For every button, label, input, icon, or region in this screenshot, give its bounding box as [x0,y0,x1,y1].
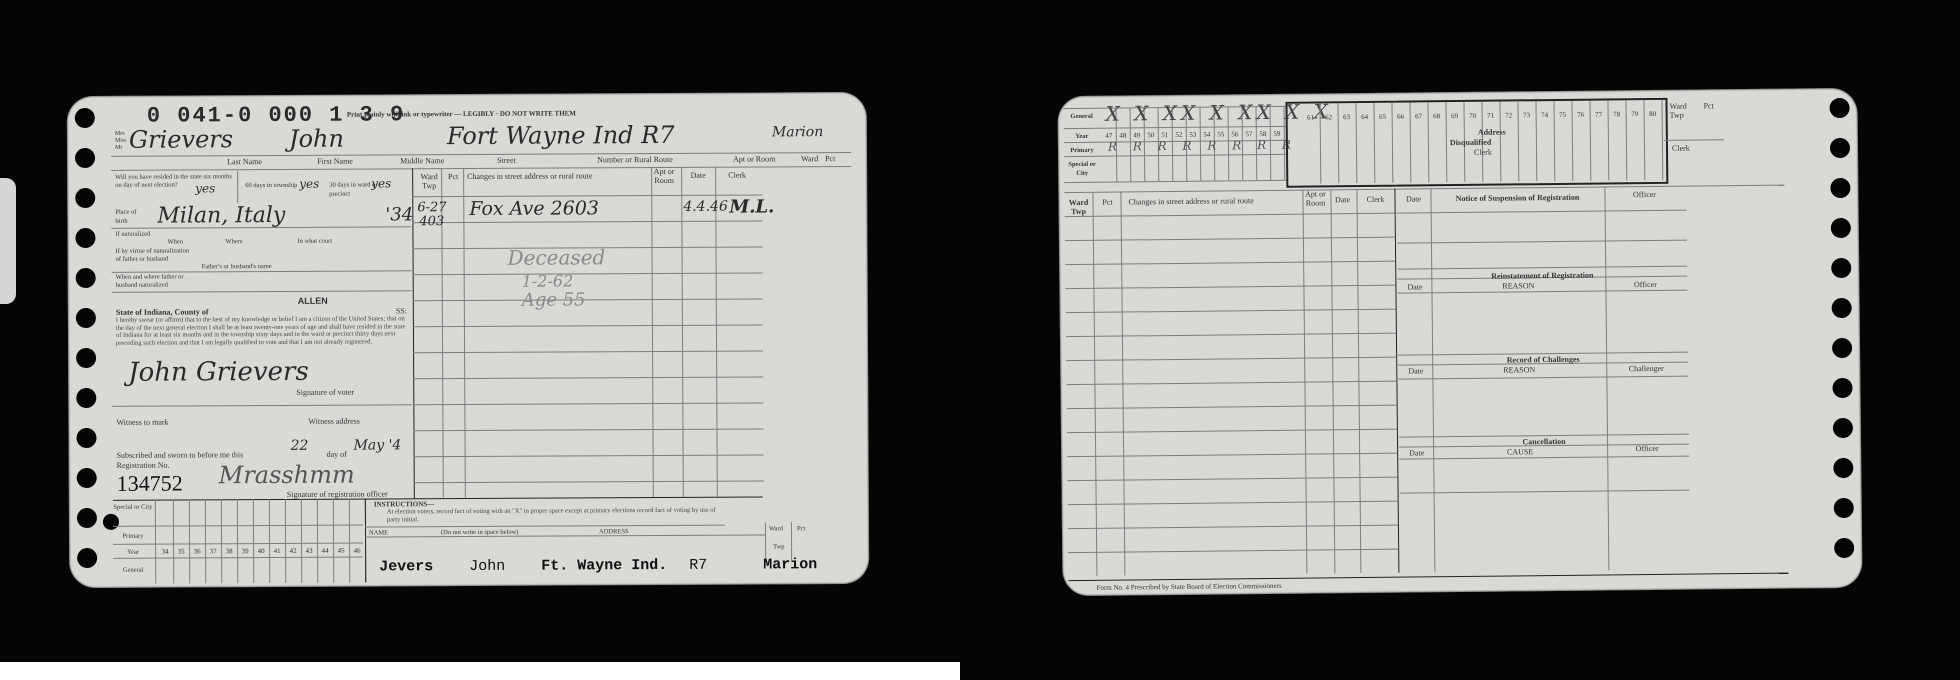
year-cell: 72 [1500,111,1518,119]
row-line [1397,240,1687,244]
year-cell: 63 [1338,113,1356,121]
row-line [1067,429,1397,433]
birth-year-value: '34 [385,204,413,225]
year-cell: 78 [1608,110,1626,118]
day-value: 22 [291,438,309,454]
birthplace-value: Milan, Italy [157,203,285,229]
row-line [1065,285,1395,289]
grid-line [1064,126,1286,129]
grid-label-clerk: Clerk [1474,148,1492,157]
voter-signature: John Grievers [128,357,309,388]
naturalized-court-label: In what court [297,237,332,246]
year-cells: 6162636465666768697071727374757677787980 [1057,88,1857,96]
deceased-note: Deceased [508,245,606,270]
month-value: May [354,437,385,453]
title-prefix-mr: Mr [115,144,122,153]
challenges-challenger-header: Challenger [1608,364,1684,374]
year-cell: 43 [301,547,317,555]
year-cell: 75 [1554,111,1572,119]
row-line [1065,237,1395,241]
registrar-signature: Mrasshmm [219,461,355,490]
row-line [1068,501,1398,505]
grid-label-address: Address [1478,128,1506,137]
naturalized-when-label: When [167,237,183,246]
divider [463,168,466,498]
witness-address-label: Witness address [308,417,359,426]
punch-hole [75,108,95,128]
row-line [1066,357,1396,361]
year-cell: 61 [1302,113,1320,121]
change-pct-value: 403 [419,214,444,229]
year-cell: 80 [1644,110,1662,118]
year-value: '4 [389,437,402,453]
pct-label: Pct [825,154,835,163]
challenges-reason-header: REASON [1434,364,1604,375]
grid-label-general: General [113,566,153,575]
instr-ward-label: Ward [769,524,783,533]
back-header-clerk: Clerk [1358,195,1392,204]
year-cell: 58 [1256,130,1270,138]
grid-label-year: Year [113,548,153,557]
year-cell: 39 [237,547,253,555]
year-cell: 40 [253,547,269,555]
row-line [412,220,762,223]
change-date-value: 4.4.46 [683,199,728,215]
back-grid-label-special: Special or City [1064,160,1100,178]
registration-no-label: Registration No. [117,461,170,470]
year-cell: 46 [349,547,365,555]
grid-label-primary: Primary [113,532,153,541]
cancellation-officer-header: Officer [1609,444,1685,454]
naturalized-label: If naturalized [115,230,150,239]
cancellation-cause-header: CAUSE [1435,446,1605,457]
row-lines [1057,88,1857,96]
naturalized-where-label: Where [225,237,242,246]
residence-township-label: 60 days in township [245,181,297,190]
year-cell: 55 [1214,130,1228,138]
year-cell: 71 [1482,112,1500,120]
divider [113,496,763,500]
blank-strip [0,662,960,680]
typed-last-name: Jevers [379,558,433,575]
birthplace-label: Place of birth [115,208,145,226]
row-line [413,298,763,301]
row-line [1066,381,1396,385]
ward-label: Ward [801,154,818,163]
punch-hole [1833,458,1853,478]
year-cells: 47484950515253545556575859 [1057,88,1857,96]
grid-line [333,499,334,583]
punch-hole [1831,218,1851,238]
residence-state-value: yes [195,181,215,195]
row-line [1397,210,1687,214]
first-name-label: First Name [317,157,353,166]
registration-card-front: 0 041-0 000 1 3 9 Print plainly with ink… [67,92,870,588]
residence-township-value: yes [299,177,319,191]
year-cell: 64 [1356,113,1374,121]
father-naturalized-label: When and where father or husband natural… [116,273,206,288]
instructions-text: At election voters, record fact of votin… [387,507,717,524]
divider [365,499,366,583]
punch-hole [76,308,96,328]
punch-hole [75,188,95,208]
year-cell: 65 [1374,113,1392,121]
year-cell: 76 [1572,111,1590,119]
suspension-date-header: Date [1396,194,1430,203]
residence-state-label: Will you have resided in the state six m… [115,173,233,189]
grid-line [269,499,270,583]
state-county-label: State of Indiana, County of [116,307,209,316]
grid-line [155,500,156,584]
punch-hole [76,388,96,408]
divider [681,167,684,497]
number-label: Number or Rural Route [597,155,673,164]
year-cell: 50 [1144,131,1158,139]
punch-hole [1830,138,1850,158]
year-cell: 34 [157,548,173,556]
changes-header-ward: Ward Twp [417,172,441,190]
year-cell: 74 [1536,111,1554,119]
grid-line [237,499,238,583]
row-line [414,480,764,483]
back-header-ward: Ward Twp [1064,198,1092,216]
year-cell: 41 [269,547,285,555]
last-name-value: Grievers [129,125,233,154]
row-line [1065,261,1395,265]
adjacent-card-edge [0,178,16,304]
primary-marks: R R R R R R R R [1108,138,1297,154]
divider [111,226,411,229]
back-grid-label-general: General [1064,112,1100,121]
divider [112,270,412,273]
deceased-date-note: 1-2-62 [522,271,574,290]
row-line [413,376,763,379]
row-line [1066,333,1396,337]
row-line [1067,453,1397,457]
grid-line [221,499,222,583]
changes-header-address: Changes in street address or rural route [467,171,592,181]
row-line [1067,405,1397,409]
reinstatement-date-header: Date [1407,282,1422,291]
divider [715,167,718,497]
corner-clerk-label: Clerk [1672,144,1690,153]
cancellation-date-header: Date [1409,448,1424,457]
form-footer: Form No. 4 Prescribed by State Board of … [1097,582,1282,593]
voter-signature-label: Signature of voter [296,388,354,397]
punch-hole [1834,538,1854,558]
registration-card-back: General Year Primary Special or City 474… [1057,88,1862,596]
year-cell: 38 [221,547,237,555]
ss-label: SS: [396,306,407,315]
reinstatement-reason-header: REASON [1433,280,1603,291]
divider [112,404,412,407]
year-cell: 73 [1518,111,1536,119]
year-cell: 35 [173,547,189,555]
instr-pct-label: Pct [797,524,805,533]
punch-hole [1830,178,1850,198]
divider [365,534,765,537]
back-grid-label-year: Year [1064,132,1100,141]
corner-pct-label: Pct [1703,101,1713,110]
grid-line [189,499,190,583]
row-line [1397,266,1687,270]
year-cell: 54 [1200,131,1214,139]
typed-route: R7 [689,557,707,574]
punch-hole [76,268,96,288]
by-virtue-label: If by virtue of naturalization of father… [116,247,196,262]
back-grid-label-primary: Primary [1064,146,1100,155]
suspension-title: Notice of Suspension of Registration [1432,193,1602,204]
punch-hole [103,514,119,530]
punch-hole [77,468,97,488]
street-value: Fort Wayne Ind R7 [447,121,675,150]
divider [412,168,415,498]
grid-line [285,499,286,583]
grid-line [205,499,206,583]
year-cell: 36 [189,547,205,555]
year-cell: 66 [1392,113,1410,121]
punch-hole [75,228,95,248]
divider [1430,188,1435,572]
year-cell: 42 [285,547,301,555]
year-cell: 77 [1590,110,1608,118]
punch-hole [1833,418,1853,438]
year-cell: 37 [205,547,221,555]
back-header-date: Date [1330,195,1354,204]
row-line [1068,549,1398,553]
divider [112,290,412,293]
year-cell: 48 [1116,131,1130,139]
year-cell: 68 [1428,112,1446,120]
punch-hole [75,148,95,168]
middle-name-label: Middle Name [400,156,444,165]
county-value: ALLEN [298,297,328,306]
row-line [1068,525,1398,529]
punch-hole [1832,338,1852,358]
year-cell: 59 [1270,130,1284,138]
punch-hole [1834,498,1854,518]
grid-line [253,499,254,583]
year-cell: 52 [1172,131,1186,139]
punch-hole [77,508,97,528]
oath-text: I hereby swear (or affirm) that to the b… [116,315,406,347]
punch-hole [1831,258,1851,278]
back-header-address: Changes in street address or rural route [1128,196,1253,206]
row-line [413,350,763,353]
year-cell: 53 [1186,131,1200,139]
apt-label: Apt or Room [733,154,775,163]
divider [365,525,725,528]
changes-header-date: Date [683,171,713,180]
punch-hole [1832,298,1852,318]
reinstatement-officer-header: Officer [1607,280,1683,290]
year-cell: 56 [1228,130,1242,138]
year-cell: 49 [1130,131,1144,139]
year-cell: 67 [1410,112,1428,120]
header-notice: Print plainly with ink or typewriter — L… [347,109,576,119]
fathers-name-label: Father's or husband's name [202,262,272,271]
row-line [413,324,763,327]
subscribed-label: Subscribed and sworn to before me this [117,450,244,460]
grid-line [173,500,174,584]
last-name-label: Last Name [227,157,262,166]
year-cell: 44 [317,547,333,555]
instr-twp-label: Twp [773,542,785,551]
year-cell: 69 [1446,112,1464,120]
divider [237,171,238,203]
year-cells: 34353637383940414243444546 [67,92,867,96]
grid-line [301,499,302,583]
grid-line [317,499,318,583]
year-cell: 79 [1626,110,1644,118]
year-cell: 45 [333,547,349,555]
grid-label-disqualified: Disqualified [1450,138,1491,147]
back-header-apt: Apt or Room [1302,189,1328,207]
divider [651,167,654,497]
challenges-date-header: Date [1408,366,1423,375]
punch-hole [77,548,97,568]
row-line [414,454,764,457]
suspension-officer-header: Officer [1606,190,1682,200]
day-of-label: day of [327,450,347,459]
punch-hole [76,428,96,448]
registration-number: 134752 [117,470,183,496]
year-cell: 51 [1158,131,1172,139]
street-label: Street [497,156,516,165]
punch-hole [1829,98,1849,118]
punch-hole [76,348,96,368]
row-line [413,428,763,431]
first-name-value: John [289,125,344,153]
typed-township: Marion [763,556,817,573]
typed-first-name: John [469,558,505,575]
row-line [413,272,763,275]
year-cell: 57 [1242,130,1256,138]
row-line [1400,490,1690,494]
back-header-pct: Pct [1094,198,1120,207]
divider [1664,139,1724,141]
residence-ward-value: yes [371,176,391,190]
change-ward-value: 6-27 [417,200,446,215]
changes-header-apt: Apt or Room [651,167,677,185]
age-note: Age 55 [522,289,586,310]
row-line [1066,309,1396,313]
year-cell: 62 [1320,113,1338,121]
punch-hole [1832,378,1852,398]
changes-header-pct: Pct [443,172,463,181]
changes-header-clerk: Clerk [717,170,757,179]
row-line [1065,213,1395,217]
apt-note-value: Marion [772,124,823,140]
row-line [1398,376,1688,380]
row-line [413,402,763,405]
year-cell: 70 [1464,112,1482,120]
row-line [1067,477,1397,481]
divider [1604,186,1609,570]
witness-mark-label: Witness to mark [116,418,168,427]
grid-label-special: Special or City [113,503,153,512]
corner-ward-label: Ward Twp [1669,102,1693,120]
change-clerk-value: M.L. [729,196,774,217]
divider [1068,573,1788,582]
year-cell: 47 [1102,132,1116,140]
typed-city: Ft. Wayne Ind. [541,557,667,575]
change-address-value: Fox Ave 2603 [469,197,599,220]
grid-line [349,499,350,583]
grid-line [1064,180,1286,183]
